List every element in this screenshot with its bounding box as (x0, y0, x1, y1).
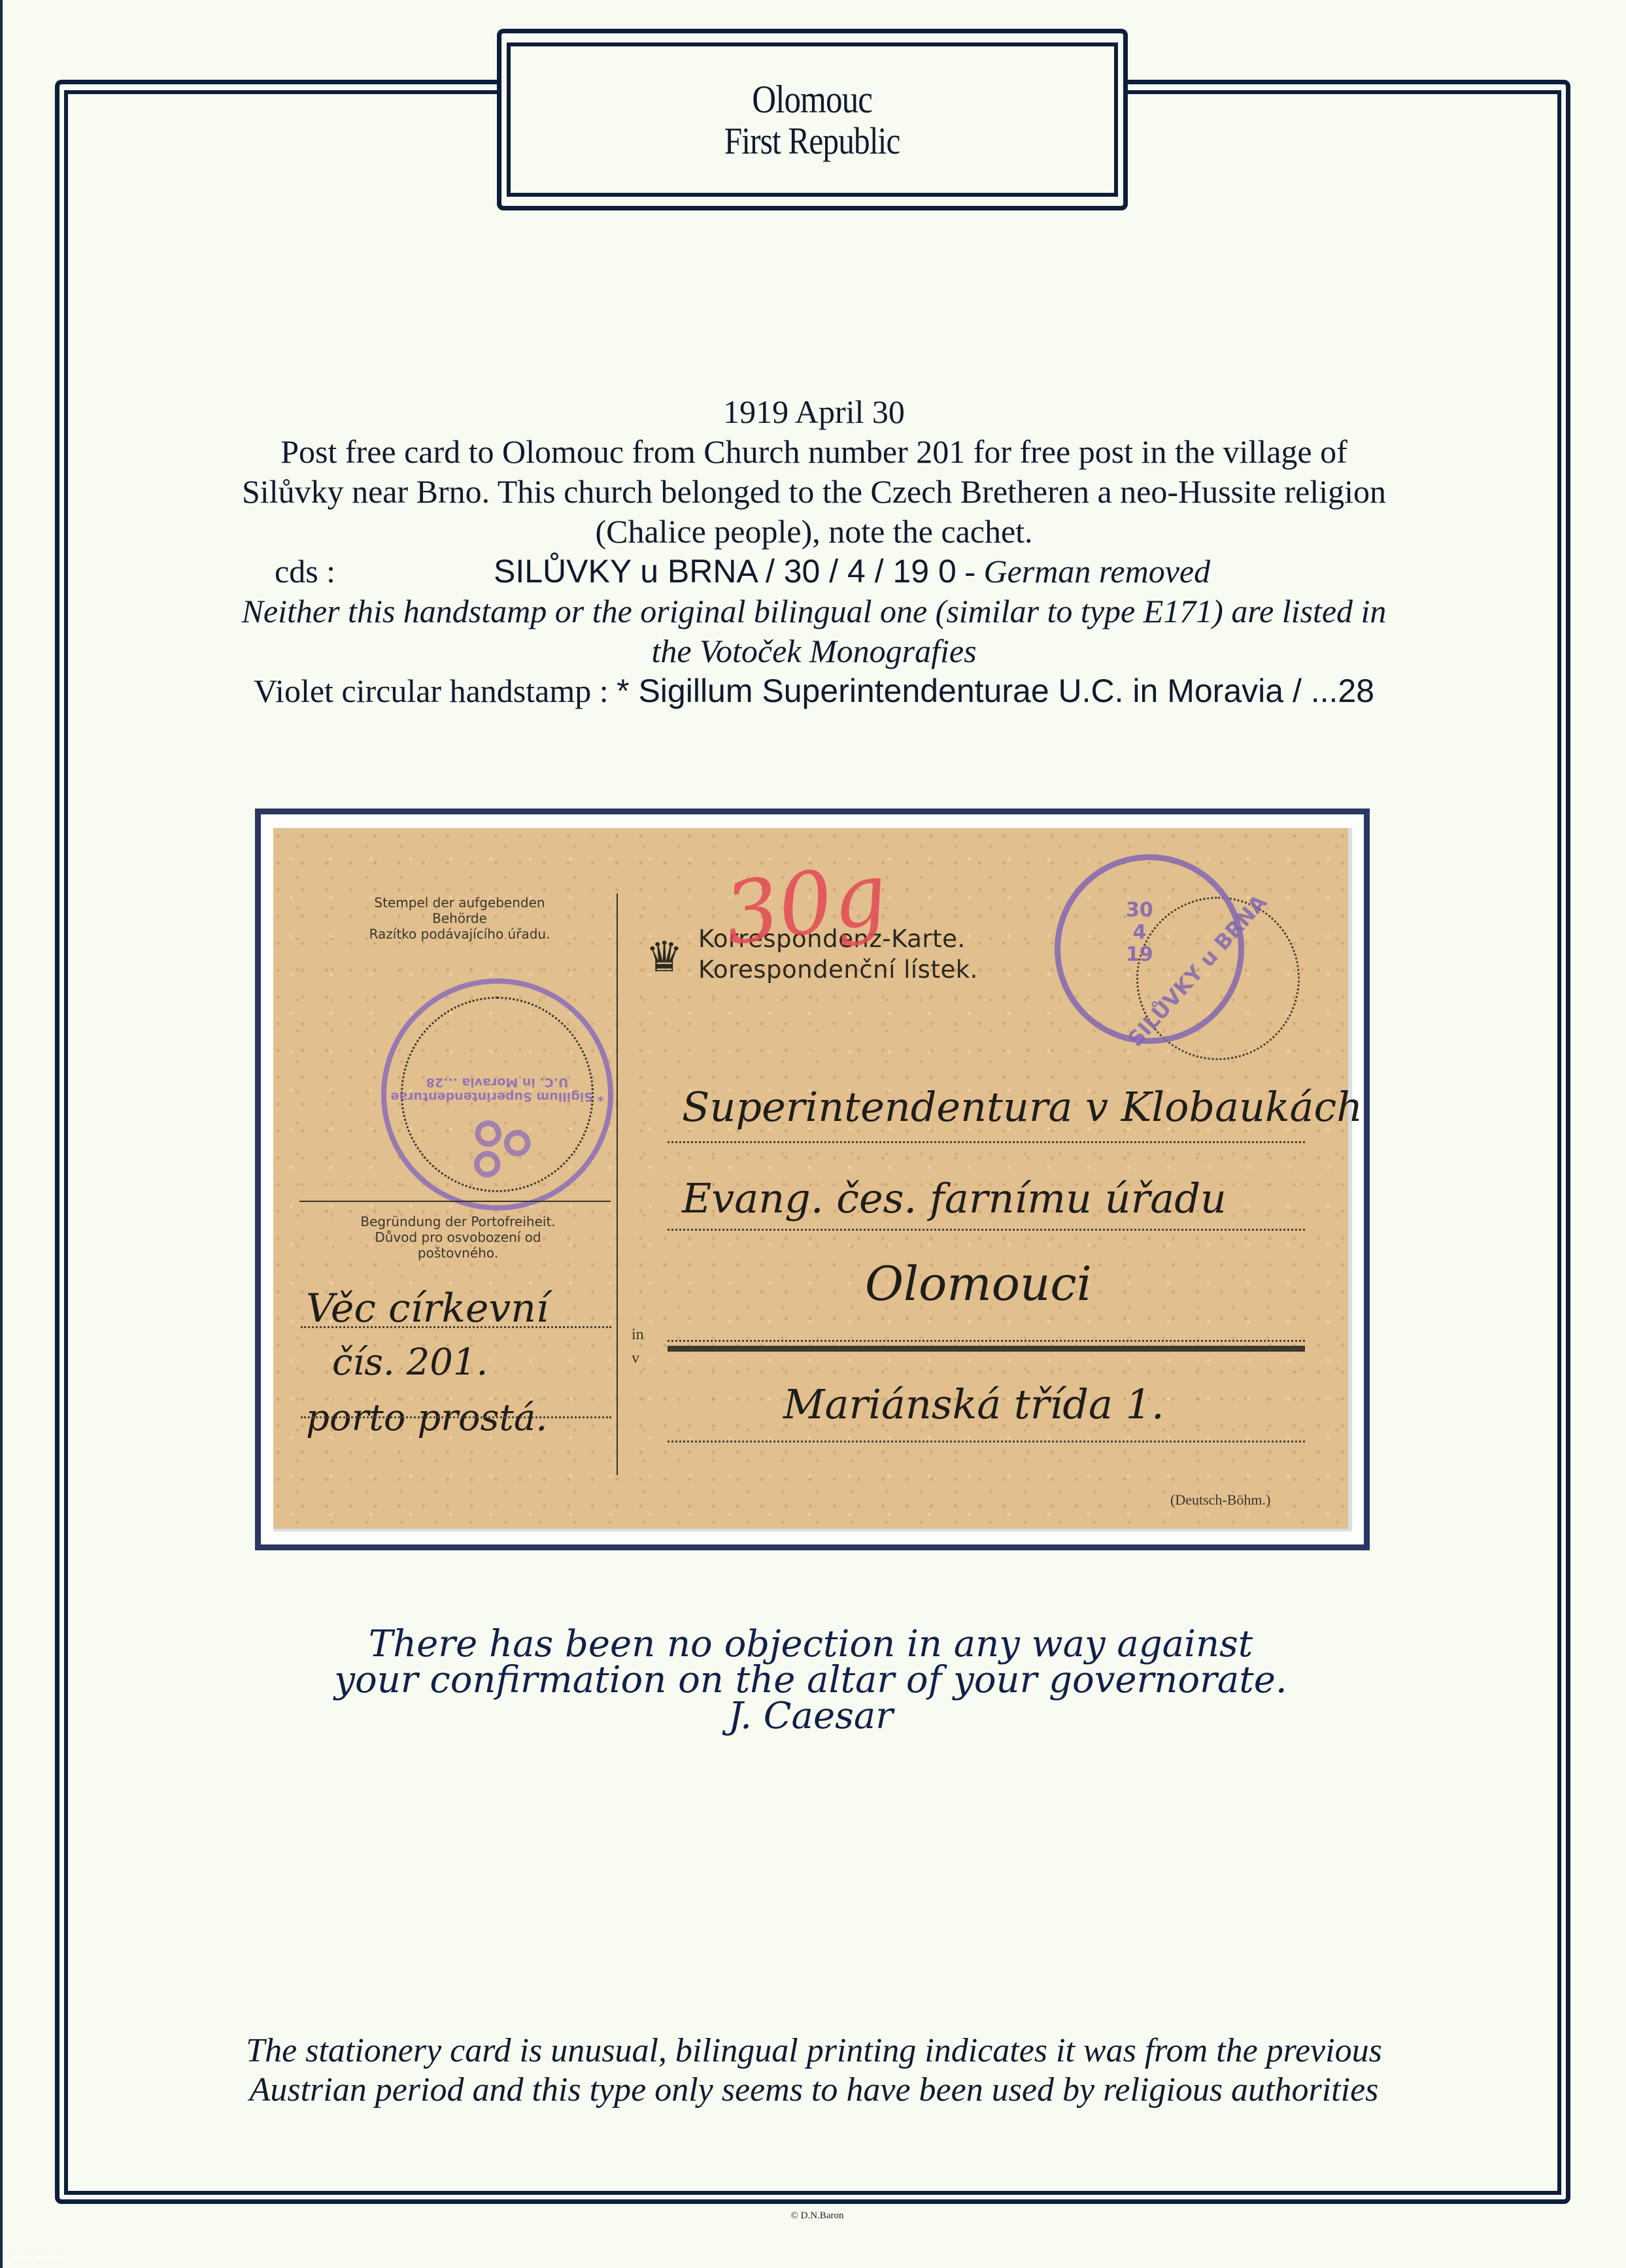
handstamp-label: Violet circular handstamp : (254, 673, 617, 709)
city-underline-bar (668, 1346, 1305, 1352)
note-line: The stationery card is unusual, bilingua… (131, 2031, 1497, 2071)
cds-label: cds : (275, 552, 335, 592)
cds-postmark: 30 4 19 SILŮVKY u BRNA (1055, 854, 1244, 1044)
closing-note: The stationery card is unusual, bilingua… (131, 2031, 1497, 2110)
address-city: Olomouci (865, 1256, 1092, 1311)
printer-imprint: (Deutsch-Böhm.) (1170, 1492, 1270, 1509)
postmark-month: 4 (1126, 922, 1153, 944)
address-line: Superintendentura v Klobaukách (682, 1083, 1363, 1131)
note-line: Austrian period and this type only seems… (131, 2071, 1497, 2110)
dotted-line (301, 1416, 611, 1418)
quote-line: your confirmation on the altar of your g… (196, 1662, 1425, 1698)
description-line: (Chalice people), note the cachet. (131, 512, 1497, 552)
watermark: Derek Baron (5, 2252, 64, 2264)
description-date: 1919 April 30 (131, 392, 1497, 432)
postmark-date: 30 4 19 (1126, 899, 1153, 966)
postmark-day: 30 (1126, 899, 1153, 922)
begr-cz2: poštovného. (313, 1245, 603, 1261)
handstamp-row: Violet circular handstamp : * Sigillum S… (131, 671, 1497, 711)
title-box: Olomouc First Republic (497, 29, 1128, 210)
v-label: v (632, 1350, 639, 1367)
description-italic: Neither this handstamp or the original b… (131, 592, 1497, 631)
copyright: © D.N.Baron (719, 2210, 915, 2222)
stempel-label: Stempel der aufgebenden Behörde Razítko … (322, 895, 597, 942)
portofreiheit-label: Begründung der Portofreiheit. Důvod pro … (313, 1214, 603, 1261)
dotted-line (668, 1229, 1305, 1231)
cds-postmark-text: SILŮVKY u BRNA / 30 / 4 / 19 0 (494, 553, 957, 590)
quote-attribution: J. Caesar (196, 1698, 1425, 1734)
handwritten-reason: Věc církevní (306, 1286, 549, 1331)
page-subtitle: First Republic (724, 121, 900, 161)
postmark-year: 19 (1126, 944, 1153, 966)
title-box-inner: Olomouc First Republic (507, 42, 1118, 197)
description: 1919 April 30 Post free card to Olomouc … (131, 392, 1497, 711)
cds-note: - German removed (957, 553, 1210, 590)
description-italic: the Votoček Monografies (131, 631, 1497, 671)
description-line: Post free card to Olomouc from Church nu… (131, 432, 1497, 472)
postcard: Stempel der aufgebenden Behörde Razítko … (273, 828, 1352, 1531)
cds-value: SILŮVKY u BRNA / 30 / 4 / 19 0 - German … (494, 552, 1210, 592)
address-line: Evang. čes. farnímu úřadu (682, 1175, 1227, 1222)
address-line: Mariánská třída 1. (783, 1380, 1164, 1428)
dotted-line (301, 1326, 611, 1328)
violet-seal-cachet: 🝆 * Sigillum Superintendenturae U.C. in … (381, 978, 613, 1210)
stempel-de2: Behörde (322, 910, 597, 926)
handstamp-value: * Sigillum Superintendenturae U.C. in Mo… (617, 673, 1374, 709)
begr-de: Begründung der Portofreiheit. (313, 1214, 603, 1229)
handwritten-reason: čís. 201. (332, 1341, 488, 1384)
dotted-line (668, 1141, 1305, 1143)
imperial-eagle-icon: ♛ (645, 925, 684, 990)
stempel-de: Stempel der aufgebenden (322, 895, 597, 910)
description-line: Silůvky near Brno. This church belonged … (131, 472, 1497, 512)
stempel-cz: Razítko podávajícího úřadu. (322, 926, 597, 942)
left-rule (299, 1201, 611, 1202)
quote: There has been no objection in any way a… (196, 1626, 1425, 1734)
quote-line: There has been no objection in any way a… (196, 1626, 1425, 1662)
dotted-line (668, 1340, 1305, 1342)
begr-cz1: Důvod pro osvobození od (313, 1229, 603, 1245)
in-label: in (632, 1326, 644, 1344)
seal-text: * Sigillum Superintendenturae U.C. in Mo… (386, 1075, 608, 1104)
card-divider (617, 893, 618, 1475)
scan-edge (0, 0, 3, 2268)
page-title: Olomouc (753, 78, 873, 121)
dotted-line (668, 1441, 1305, 1443)
cds-row: cds : SILŮVKY u BRNA / 30 / 4 / 19 0 - G… (131, 552, 1497, 592)
